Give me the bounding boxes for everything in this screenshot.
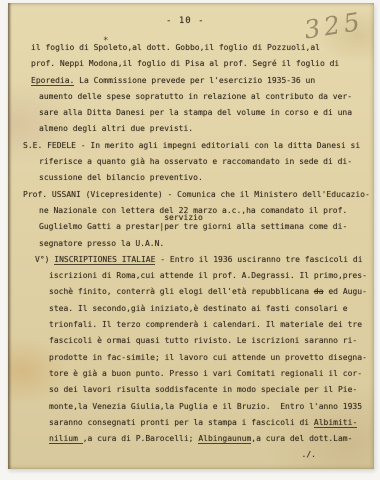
text-segment: La Commissione prevede per l'esercizio 1… <box>74 76 315 85</box>
text-line: saranno consegnati pronti per la stampa … <box>23 415 368 431</box>
text-line: fascicoli è ormai quasi tutto rivisto. L… <box>23 333 368 349</box>
text-line: prof. Neppi Modona,il foglio di Pisa al … <box>23 56 368 72</box>
underlined-text: INSCRIPTIONES ITALIAE <box>54 255 155 265</box>
text-line: almeno degli altri due previsti. <box>23 121 368 137</box>
text-line: iscrizioni di Roma,cui attende il prof. … <box>23 268 368 284</box>
text-segment: monte,la Venezia Giulia,la Puglia e il B… <box>49 402 362 411</box>
underlined-text: nilium <box>49 434 83 444</box>
text-segment: - Entro il 1936 usciranno tre fascicoli … <box>155 255 362 264</box>
text-segment: aumento delle spese sopratutto in relazi… <box>39 92 352 101</box>
text-segment: S.E. FEDELE - In merito agli impegni edi… <box>23 141 360 150</box>
text-segment: stea. Il secondo,già iniziato,è destinat… <box>49 304 348 313</box>
struck-out-text: da <box>314 287 324 296</box>
underlined-text: Albimiti- <box>314 418 357 428</box>
text-segment: ,a cura di P.Barocelli; <box>83 434 199 443</box>
text-line: Prof. USSANI (Vicepresidente) - Comunica… <box>23 187 368 203</box>
text-segment: ,a cura del dott.Lam- <box>251 434 352 443</box>
text-segment: sochè finito, conterrà gli elogi dell'et… <box>49 287 314 296</box>
text-line: monte,la Venezia Giulia,la Puglia e il B… <box>23 399 368 415</box>
text-segment: il foglio di Spoleto,al dott. Gobbo,il f… <box>31 43 320 52</box>
text-line: Eporedia. La Commissione prevede per l'e… <box>23 73 368 89</box>
text-line: riferisce a quanto già ha osservato e ra… <box>23 154 368 170</box>
text-line: so dei lavori risulta soddisfacente in m… <box>23 382 368 398</box>
text-line: S.E. FEDELE - In merito agli impegni edi… <box>23 138 368 154</box>
text-line: prodotte in fac-simile; il lavoro cui at… <box>23 350 368 366</box>
text-segment: ./. <box>302 450 316 459</box>
text-line: trionfali. Il terzo comprenderà i calend… <box>23 317 368 333</box>
text-line: ./. <box>23 447 368 463</box>
text-segment: fascicoli è ormai quasi tutto rivisto. L… <box>49 336 357 345</box>
underlined-text: Albingaunum <box>198 434 251 444</box>
text-segment: Prof. USSANI (Vicepresidente) - Comunica… <box>23 190 370 199</box>
text-segment: ed Augu- <box>324 287 367 296</box>
text-segment: Guglielmo Gatti a prestar| <box>39 222 164 231</box>
text-line: sare alla Ditta Danesi per la stampa del… <box>23 105 368 121</box>
text-segment: trionfali. Il terzo comprenderà i calend… <box>49 320 362 329</box>
text-segment: sare alla Ditta Danesi per la stampa del… <box>39 108 352 117</box>
underlined-text: Eporedia. <box>31 76 74 86</box>
text-line: sochè finito, conterrà gli elogi dell'et… <box>23 284 368 300</box>
text-line: stea. Il secondo,già iniziato,è destinat… <box>23 301 368 317</box>
text-segment: saranno consegnati pronti per la stampa … <box>49 418 314 427</box>
text-segment: iscrizioni di Roma,cui attende il prof. … <box>49 271 367 280</box>
text-segment: tore è già a buon punto. Presso i vari C… <box>49 369 362 378</box>
handwritten-folio-number: 325 <box>302 7 366 45</box>
scanned-document-page: - 10 - 325 * il foglio di Spoleto,al dot… <box>8 3 374 469</box>
text-line: il foglio di Spoleto,al dott. Gobbo,il f… <box>23 40 368 56</box>
text-line: tore è già a buon punto. Presso i vari C… <box>23 366 368 382</box>
text-segment: V°) <box>35 255 54 264</box>
page-number: - 10 - <box>166 16 205 26</box>
text-body: il foglio di Spoleto,al dott. Gobbo,il f… <box>23 40 368 464</box>
text-segment: so dei lavori risulta soddisfacente in m… <box>49 385 357 394</box>
text-segment: segnatore presso la U.A.N. <box>39 239 164 248</box>
text-line: V°) INSCRIPTIONES ITALIAE - Entro il 193… <box>23 252 368 268</box>
text-line: nilium ,a cura di P.Barocelli; Albingaun… <box>23 431 368 447</box>
text-segment: almeno degli altri due previsti. <box>39 124 193 133</box>
text-segment: scussione del bilancio preventivo. <box>39 173 203 182</box>
text-segment: riferisce a quanto già ha osservato e ra… <box>39 157 352 166</box>
text-line: scussione del bilancio preventivo. <box>23 170 368 186</box>
text-segment: prof. Neppi Modona,il foglio di Pisa al … <box>31 59 339 68</box>
text-segment: prodotte in fac-simile; il lavoro cui at… <box>49 353 367 362</box>
text-line: Guglielmo Gatti a prestar|servizioper tr… <box>23 219 368 235</box>
text-segment: per tre giorni alla settimana come di- <box>164 222 347 231</box>
text-line: segnatore presso la U.A.N. <box>23 236 368 252</box>
text-line: aumento delle spese sopratutto in relazi… <box>23 89 368 105</box>
